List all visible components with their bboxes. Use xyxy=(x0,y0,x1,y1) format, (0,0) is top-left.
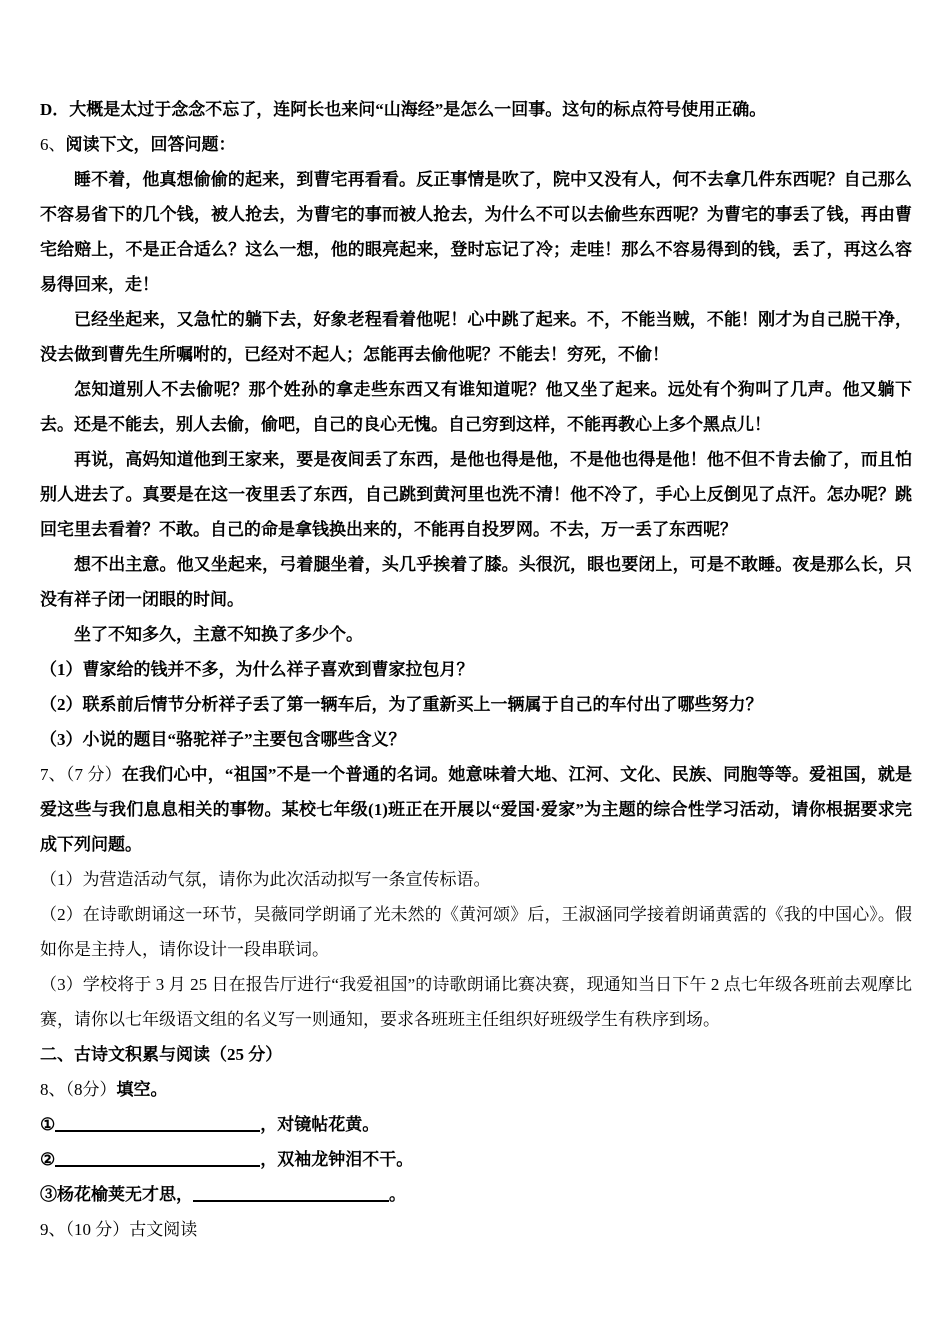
answer-blank-line xyxy=(55,1165,260,1167)
q8-blank-item-3: ③杨花榆荚无才思，。 xyxy=(40,1177,912,1212)
q8-item-3-suffix: 。 xyxy=(389,1185,406,1204)
q8-number: 8、 xyxy=(40,1080,66,1099)
novel-excerpt-paragraph-2: 已经坐起来，又急忙的躺下去，好象老程看着他呢！心中跳了起来。不，不能当贼，不能！… xyxy=(40,302,912,372)
q9-number: 9、 xyxy=(40,1220,66,1239)
q8-blank-item-1: ①，对镜帖花黄。 xyxy=(40,1107,912,1142)
q8-prompt: 填空。 xyxy=(117,1080,168,1099)
q8-item-3-prefix: ③杨花榆荚无才思， xyxy=(40,1185,193,1204)
q8-score: （8分） xyxy=(66,1080,117,1099)
q6-header: 6、阅读下文，回答问题： xyxy=(40,127,912,162)
q6-number: 6、 xyxy=(40,135,66,154)
option-d-statement: D．大概是太过于念念不忘了，连阿长也来问“山海经”是怎么一回事。这句的标点符号使… xyxy=(40,92,912,127)
answer-blank-line xyxy=(193,1200,389,1202)
q7-prompt: 在我们心中，“祖国”不是一个普通的名词。她意味着大地、江河、文化、民族、同胞等等… xyxy=(40,765,912,854)
q7-number: 7、 xyxy=(40,765,66,784)
exam-document-page: D．大概是太过于念念不忘了，连阿长也来问“山海经”是怎么一回事。这句的标点符号使… xyxy=(0,0,950,1344)
q9-score: （10 分） xyxy=(66,1220,130,1239)
q7-header: 7、（7 分）在我们心中，“祖国”不是一个普通的名词。她意味着大地、江河、文化、… xyxy=(40,757,912,862)
q8-item-2-prefix: ② xyxy=(40,1150,55,1169)
novel-excerpt-paragraph-5: 想不出主意。他又坐起来，弓着腿坐着，头几乎挨着了膝。头很沉，眼也要闭上，可是不敢… xyxy=(40,547,912,617)
q6-subquestion-2: （2）联系前后情节分析祥子丢了第一辆车后，为了重新买上一辆属于自己的车付出了哪些… xyxy=(40,687,912,722)
novel-excerpt-paragraph-1: 睡不着，他真想偷偷的起来，到曹宅再看看。反正事情是吹了，院中又没有人，何不去拿几… xyxy=(40,162,912,302)
q8-item-1-prefix: ① xyxy=(40,1115,55,1134)
section-2-heading: 二、古诗文积累与阅读（25 分） xyxy=(40,1037,912,1072)
q6-prompt: 阅读下文，回答问题： xyxy=(66,135,236,154)
q7-subquestion-2: （2）在诗歌朗诵这一环节，吴薇同学朗诵了光未然的《黄河颂》后，王淑涵同学接着朗诵… xyxy=(40,897,912,967)
q6-subquestion-1: （1）曹家给的钱并不多，为什么祥子喜欢到曹家拉包月？ xyxy=(40,652,912,687)
q8-item-2-suffix: ，双袖龙钟泪不干。 xyxy=(260,1150,413,1169)
novel-excerpt-paragraph-3: 怎知道别人不去偷呢？那个姓孙的拿走些东西又有谁知道呢？他又坐了起来。远处有个狗叫… xyxy=(40,372,912,442)
novel-excerpt-paragraph-4: 再说，高妈知道他到王家来，要是夜间丢了东西，是他也得是他，不是他也得是他！他不但… xyxy=(40,442,912,547)
q6-subquestion-3: （3）小说的题目“骆驼祥子”主要包含哪些含义？ xyxy=(40,722,912,757)
q8-item-1-suffix: ，对镜帖花黄。 xyxy=(260,1115,379,1134)
q9-header: 9、（10 分）古文阅读 xyxy=(40,1212,912,1247)
q9-prompt: 古文阅读 xyxy=(129,1220,197,1239)
q7-subquestion-3: （3）学校将于 3 月 25 日在报告厅进行“我爱祖国”的诗歌朗诵比赛决赛，现通… xyxy=(40,967,912,1037)
answer-blank-line xyxy=(55,1130,260,1132)
q8-blank-item-2: ②，双袖龙钟泪不干。 xyxy=(40,1142,912,1177)
q7-subquestion-1: （1）为营造活动气氛，请你为此次活动拟写一条宣传标语。 xyxy=(40,862,912,897)
novel-excerpt-paragraph-6: 坐了不知多久，主意不知换了多少个。 xyxy=(40,617,912,652)
q7-score: （7 分） xyxy=(66,765,122,784)
q8-header: 8、（8分）填空。 xyxy=(40,1072,912,1107)
